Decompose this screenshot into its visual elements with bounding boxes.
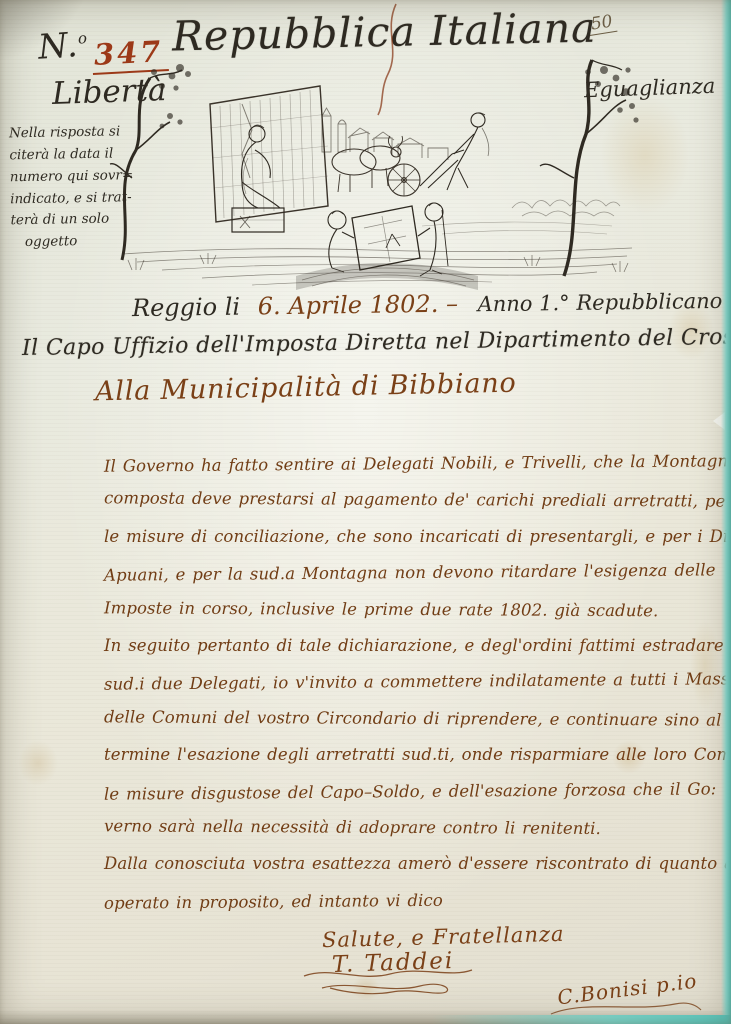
dateline-era: Anno 1.° Repubblicano (477, 289, 722, 316)
putti-group (328, 203, 448, 276)
left-tree (110, 64, 191, 260)
scanner-edge-bottom (431, 1015, 731, 1024)
dateline-place: Reggio li (132, 293, 240, 323)
signature: T. Taddei (332, 948, 455, 978)
body-line: le misure di conciliazione, che sono inc… (104, 519, 726, 555)
body-line: Il Governo ha fatto sentire ai Delegati … (104, 443, 726, 485)
body-line: Dalla conosciuta vostra esattezza amerò … (104, 846, 726, 882)
scanner-edge-right (721, 0, 731, 1024)
body-line: operato in proposito, ed intanto vi dico (104, 880, 726, 922)
recipient-line: Alla Municipalità di Bibbiano (95, 368, 517, 408)
countersignature: C.Bonisi p.io (556, 969, 698, 1010)
body-line: sud.i due Delegati, io v'invito a commet… (104, 662, 726, 704)
cart-wheel (388, 164, 420, 196)
paper-stain (352, 975, 380, 1001)
plow-and-farmer (420, 113, 489, 190)
town-skyline (322, 108, 448, 160)
paper-stain (18, 740, 58, 786)
left-tree-leaves (151, 64, 191, 128)
body-line: termine l'esazione degli arretratti sud.… (104, 737, 726, 773)
dateline-date: 6. Aprile 1802. – (258, 290, 459, 321)
scanned-letter-page: N.o 347 50 Repubblica Italiana Libertà E… (0, 0, 731, 1024)
body-line: verno sarà nella necessità di adoprare c… (104, 808, 726, 848)
ruins-wall (210, 86, 328, 222)
right-tree-leaves (585, 66, 638, 123)
right-tree (540, 60, 639, 276)
body-line: delle Comuni del vostro Circondario di r… (104, 699, 726, 739)
body-line: Imposte in corso, inclusive le prime due… (104, 590, 726, 630)
body-line: Apuani, e per la sud.a Montagna non devo… (104, 553, 726, 595)
body-line: le misure disgustose del Capo–Soldo, e d… (104, 771, 726, 813)
reference-number-label: N.o (37, 24, 90, 67)
reference-label-superscript: o (77, 29, 88, 48)
vignette-engraving (92, 58, 652, 296)
body-line: composta deve prestarsi al pagamento de'… (104, 481, 726, 521)
letterhead-title: Repubblica Italiana (172, 4, 597, 61)
letter-body: Il Governo ha fatto sentire ai Delegati … (104, 446, 726, 919)
sender-office-line: Il Capo Uffizio dell'Imposta Diretta nel… (22, 324, 731, 361)
body-line: In seguito pertanto di tale dichiarazion… (104, 628, 726, 664)
distant-treeline (512, 200, 620, 216)
